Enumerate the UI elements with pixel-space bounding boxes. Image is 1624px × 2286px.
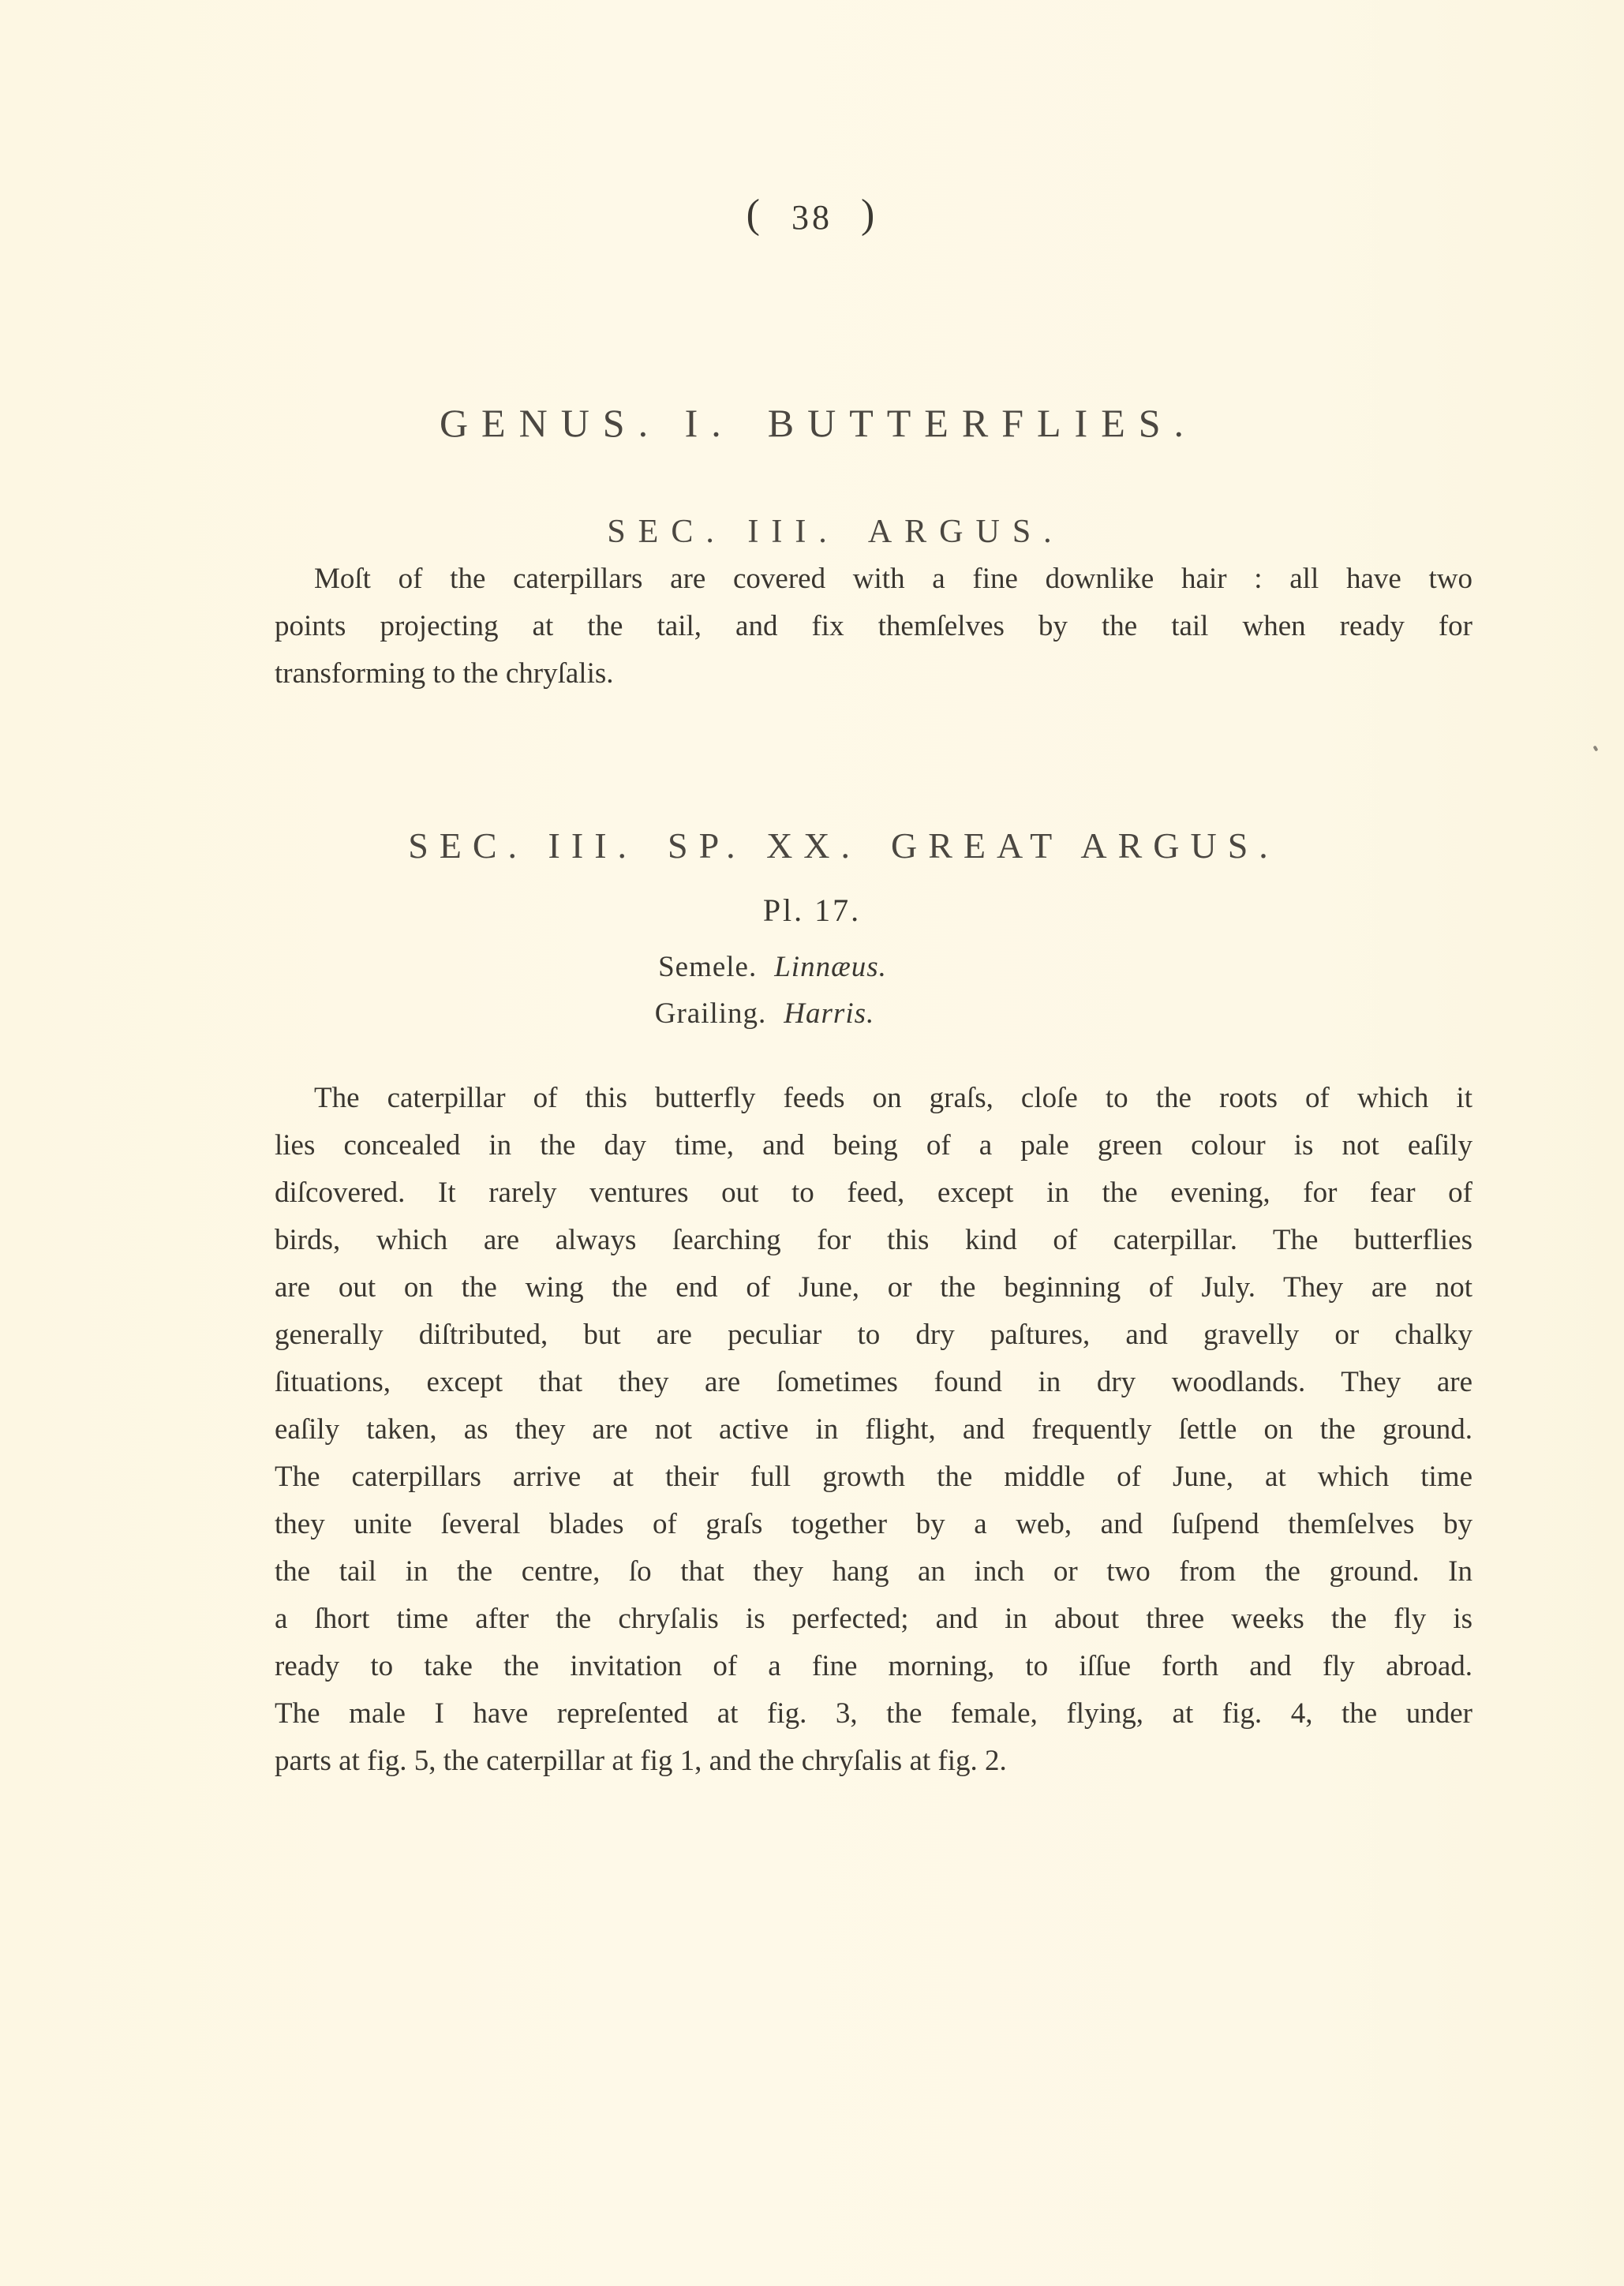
body-line: the tail in the centre, ſo that they han… (275, 1548, 1472, 1596)
intro-paragraph: Moſt of the caterpillars are covered wit… (275, 556, 1472, 698)
body-line: The male I have repreſented at fig. 3, t… (275, 1690, 1472, 1738)
intro-line: transforming to the chryſalis. (275, 650, 1472, 698)
species-section-label: SEC. III. (408, 825, 638, 866)
body-line: lies concealed in the day time, and bein… (275, 1122, 1472, 1169)
synonym-author: Harris. (784, 997, 874, 1030)
page-number-close-paren: ) (861, 192, 877, 237)
synonym-author: Linnæus. (774, 951, 887, 983)
page-number-value: 38 (791, 198, 833, 237)
species-heading: SEC. III.SP. XX.GREAT ARGUS. (32, 825, 1624, 866)
synonym-linnaeus: Semele.Linnæus. (0, 950, 1585, 984)
section-heading: SEC. III.ARGUS. (24, 513, 1624, 551)
body-line: eaſily taken, as they are not active in … (275, 1406, 1472, 1454)
body-line: a ſhort time after the chryſalis is perf… (275, 1596, 1472, 1643)
body-line: ſituations, except that they are ſometim… (275, 1359, 1472, 1406)
intro-line: Moſt of the caterpillars are covered wit… (275, 556, 1472, 603)
genus-label: GENUS. I. (440, 401, 735, 445)
synonym-harris: Grailing.Harris. (0, 997, 1577, 1031)
genus-name: BUTTERFLIES. (768, 401, 1197, 445)
species-name: GREAT ARGUS. (891, 825, 1279, 866)
body-line: birds, which are always ſearching for th… (275, 1217, 1472, 1264)
body-line: The caterpillars arrive at their full gr… (275, 1454, 1472, 1501)
section-label: SEC. III. (607, 514, 840, 550)
synonym-name: Semele. (658, 951, 757, 983)
body-line: they unite ſeveral blades of graſs toget… (275, 1501, 1472, 1548)
body-line: generally diſtributed, but are peculiar … (275, 1311, 1472, 1359)
book-page: (38) GENUS. I.BUTTERFLIES. SEC. III.ARGU… (0, 0, 1624, 2286)
plate-reference: Pl. 17. (0, 892, 1624, 929)
body-line: The caterpillar of this butterfly feeds … (275, 1075, 1472, 1122)
section-name: ARGUS. (868, 514, 1065, 550)
page-number: (38) (0, 191, 1624, 238)
paper-speck (1593, 745, 1599, 751)
body-line: diſcovered. It rarely ventures out to fe… (275, 1169, 1472, 1217)
species-number: SP. XX. (668, 825, 861, 866)
page-number-open-paren: ( (747, 192, 763, 237)
intro-line: points projecting at the tail, and fix t… (275, 603, 1472, 650)
body-line: ready to take the invitation of a fine m… (275, 1643, 1472, 1690)
body-line: parts at fig. 5, the caterpillar at fig … (275, 1738, 1472, 1785)
genus-heading: GENUS. I.BUTTERFLIES. (6, 400, 1624, 446)
synonym-name: Grailing. (655, 997, 767, 1030)
body-line: are out on the wing the end of June, or … (275, 1264, 1472, 1311)
body-paragraph: The caterpillar of this butterfly feeds … (275, 1075, 1472, 1785)
